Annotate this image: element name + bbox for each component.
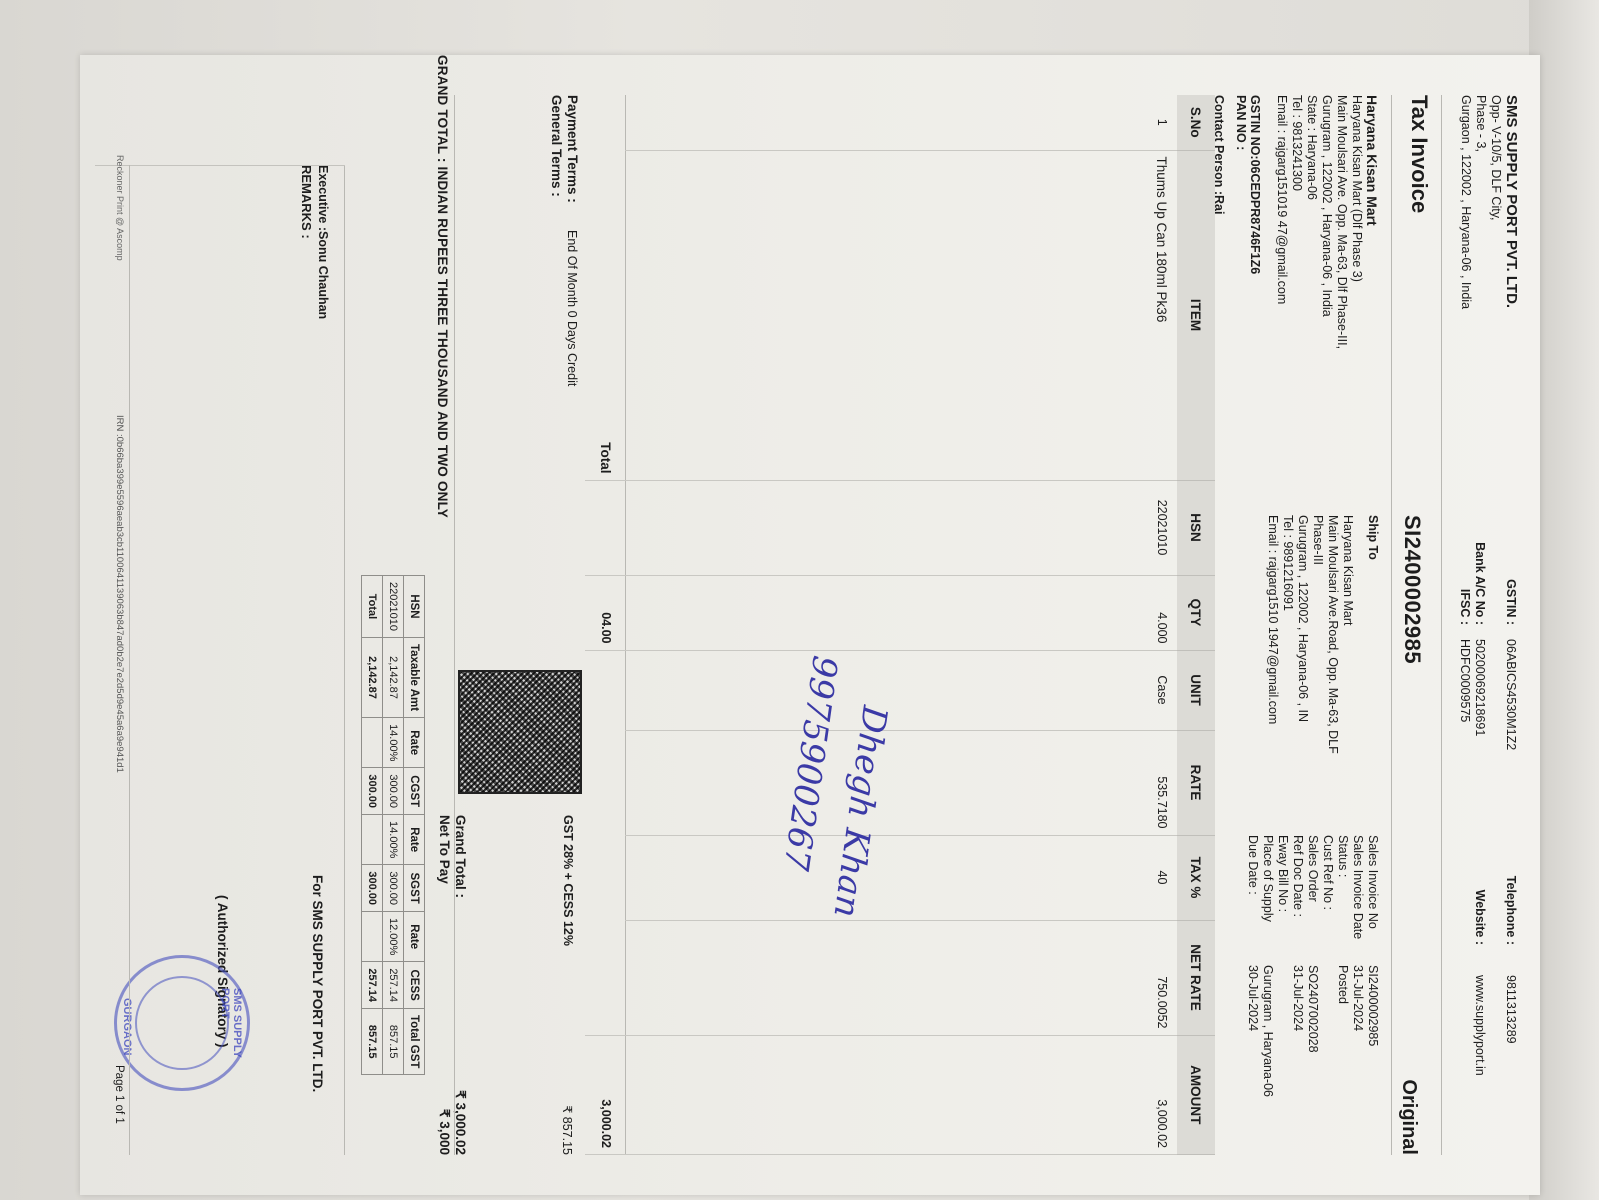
invoice-meta: Sales Invoice NoSI2400002985 Sales Invoi… xyxy=(1245,835,1380,1155)
copy-label: Original xyxy=(1397,1079,1420,1155)
document-title: Tax Invoice xyxy=(1406,95,1432,213)
bank-label: Bank A/C No : xyxy=(1472,515,1487,625)
ship-to-line: Haryana Kisan Mart xyxy=(1340,515,1355,805)
gstin-value: 06ABICS4530M1Z2 xyxy=(1503,639,1518,750)
col-header-sno: S.No xyxy=(1177,95,1215,150)
terms-block: Payment Terms : End Of Month 0 Days Cred… xyxy=(549,95,580,655)
gst-summary-label: GST 28% + CESS 12% xyxy=(560,815,575,946)
company-tax-bank: GSTIN :06ABICS4530M1Z2 Bank A/C No :5020… xyxy=(1457,515,1518,835)
col-header-amount: AMOUNT xyxy=(1177,1035,1215,1155)
bill-to-line: Email : rajgarg151019 47@gmail.com xyxy=(1274,95,1289,495)
net-to-pay-label: Net To Pay xyxy=(436,815,452,884)
divider xyxy=(1391,95,1392,1155)
table-row: 22021010 2,142.87 14.00% 300.00 14.00% 3… xyxy=(383,576,404,1075)
col-header-tax: TAX % xyxy=(1177,835,1215,920)
ship-to-heading: Ship To xyxy=(1365,515,1380,805)
col-header-net-rate: NET RATE xyxy=(1177,920,1215,1035)
bill-to-line: State : Haryana-06 xyxy=(1304,95,1319,495)
invoice-page: SMS SUPPLY PORT PVT. LTD. Opp- V-10/5, D… xyxy=(80,55,1540,1195)
website-label: Website : xyxy=(1472,855,1487,945)
company-contact: Telephone :9811313289 Website :www.suppl… xyxy=(1472,855,1518,1155)
payment-terms-label: Payment Terms : xyxy=(565,95,580,230)
ifsc-label: IFSC : xyxy=(1457,515,1472,625)
ship-to-line: Email : rajgarg1510 1947@gmail.com xyxy=(1265,515,1280,805)
ship-to-line: Gurugram , 122002 , Haryana-06 , IN xyxy=(1295,515,1310,805)
col-header-hsn: HSN xyxy=(1177,480,1215,575)
items-table: S.No ITEM HSN QTY UNIT RATE TAX % NET RA… xyxy=(585,95,1215,1155)
col-header-item: ITEM xyxy=(1177,150,1215,480)
net-to-pay-value: ₹ 3,000 xyxy=(436,1109,452,1155)
items-table-wrap: S.No ITEM HSN QTY UNIT RATE TAX % NET RA… xyxy=(585,95,1215,1155)
meta-row: Place of SupplyGurugram , Haryana-06 xyxy=(1260,835,1275,1155)
company-address-line: Opp- V-10/5, DLF City, xyxy=(1488,95,1503,475)
company-name: SMS SUPPLY PORT PVT. LTD. xyxy=(1503,95,1520,475)
gst-summary-value: ₹ 857.15 xyxy=(560,1105,575,1155)
company-address-line: Phase - 3, xyxy=(1473,95,1488,475)
payment-terms-value: End Of Month 0 Days Credit xyxy=(564,230,579,386)
stamp-top-text: SMS SUPPLY PORT xyxy=(219,988,243,1088)
telephone-label: Telephone : xyxy=(1503,855,1518,945)
ship-to-block: Ship To Haryana Kisan Mart Main Moulsari… xyxy=(1265,515,1380,805)
items-total-row: Total 04.00 3,000.02 xyxy=(585,95,626,1155)
meta-row: Due Date :30-Jul-2024 xyxy=(1245,835,1260,1155)
divider xyxy=(1441,95,1442,1155)
meta-row: Status :Posted xyxy=(1335,835,1350,1155)
bill-to-line: Main Moulsari Ave. Opp. Ma-63, Dlf Phase… xyxy=(1334,95,1349,495)
col-header-qty: QTY xyxy=(1177,575,1215,650)
company-block: SMS SUPPLY PORT PVT. LTD. Opp- V-10/5, D… xyxy=(1458,95,1520,475)
website-link[interactable]: www.supplyport.in xyxy=(1472,975,1487,1076)
divider xyxy=(454,95,455,1155)
totals-block: GST 28% + CESS 12% ₹ 857.15 Grand Total … xyxy=(436,815,575,1155)
gstin-label: GSTIN : xyxy=(1503,515,1518,625)
company-stamp: SMS SUPPLY PORT GURGAON xyxy=(114,955,250,1091)
bill-to-gstin: GSTIN NO:06CEDPR8746F1Z6 xyxy=(1248,95,1262,495)
meta-row: Sales Invoice NoSI2400002985 xyxy=(1365,835,1380,1155)
general-terms-label: General Terms : xyxy=(549,95,564,655)
executive-name: Executive :Sonu Chauhan xyxy=(316,165,330,319)
items-header-row: S.No ITEM HSN QTY UNIT RATE TAX % NET RA… xyxy=(1177,95,1215,1155)
hsn-total-row: Total 2,142.87 300.00 300.00 257.14 857.… xyxy=(362,576,383,1075)
bill-to-pan: PAN NO : xyxy=(1234,95,1248,495)
telephone-value: 9811313289 xyxy=(1503,975,1518,1044)
bank-account: 50200069218691 xyxy=(1472,639,1487,736)
meta-row: Ref Doc Date :31-Jul-2024 xyxy=(1290,835,1305,1155)
ifsc-value: HDFC0009575 xyxy=(1457,639,1472,722)
bill-to-line: Gurugram , 122002 , Haryana-06 , India xyxy=(1319,95,1334,495)
bill-to-line: Haryana Kisan Mart (Dlf Phase 3) xyxy=(1349,95,1364,495)
page-number: Page 1 of 1 xyxy=(113,1065,125,1124)
stamp-inner-ring xyxy=(135,976,229,1070)
ship-to-line: Phase-III xyxy=(1310,515,1325,805)
invoice-number: SI2400002985 xyxy=(1399,515,1425,664)
stamp-bottom-text: GURGAON xyxy=(121,998,133,1055)
for-company: For SMS SUPPLY PORT PVT. LTD. xyxy=(310,875,325,1092)
meta-row: Sales Invoice Date31-Jul-2024 xyxy=(1350,835,1365,1155)
amount-in-words: GRAND TOTAL : INDIAN RUPEES THREE THOUSA… xyxy=(435,55,450,518)
hsn-tax-table: HSN Taxable Amt Rate CGST Rate SGST Rate… xyxy=(361,575,425,1075)
remarks-label: REMARKS : xyxy=(299,165,314,239)
col-header-rate: RATE xyxy=(1177,730,1215,835)
col-header-unit: UNIT xyxy=(1177,650,1215,730)
table-row: 1 Thums Up Can 180ml Pk36 22021010 4.000… xyxy=(626,95,1177,1155)
hsn-header-row: HSN Taxable Amt Rate CGST Rate SGST Rate… xyxy=(404,576,425,1075)
meta-row: Eway Bill No : xyxy=(1275,835,1290,1155)
divider xyxy=(129,165,130,1155)
ship-to-line: Main Moulsari Ave.Road, Opp. Ma-63, DLF xyxy=(1325,515,1340,805)
meta-row: Cust Ref No : xyxy=(1320,835,1335,1155)
bill-to-line: Tel : 9813241300 xyxy=(1289,95,1304,495)
bill-to-block: Haryana Kisan Mart Haryana Kisan Mart (D… xyxy=(1212,95,1380,495)
bill-to-name: Haryana Kisan Mart xyxy=(1364,95,1380,495)
ship-to-line: Tel : 9891216091 xyxy=(1280,515,1295,805)
qr-code xyxy=(458,670,582,794)
irn-number: IRN :0b66ba399e5596aeab3cb1100641139063b… xyxy=(114,415,125,773)
hsn-table-wrap: HSN Taxable Amt Rate CGST Rate SGST Rate… xyxy=(361,575,425,1075)
divider xyxy=(95,165,345,166)
meta-row: Sales OrderSO2407002028 xyxy=(1305,835,1320,1155)
printed-by: Reckoner Print @ Ascomp xyxy=(115,155,125,261)
company-address-line: Gurgaon , 122002 , Haryana-06 , India xyxy=(1458,95,1473,475)
divider xyxy=(344,165,345,1155)
